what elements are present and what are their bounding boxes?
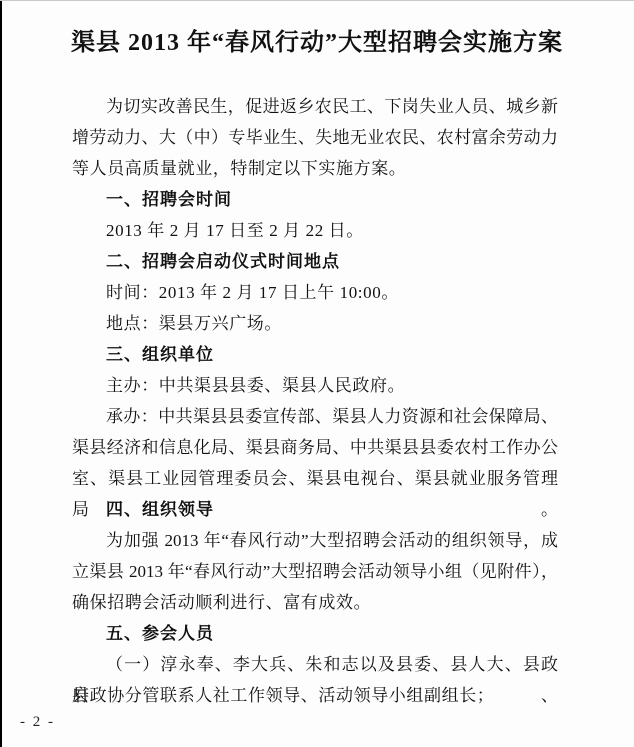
section-heading: 一、招聘会时间 [72,184,558,215]
section-heading: 五、参会人员 [72,618,558,649]
page-number: - 2 - [20,712,55,732]
text-line: 2013 年 2 月 17 日至 2 月 22 日。 [72,215,558,246]
section-heading: 二、招聘会启动仪式时间地点 [72,246,558,277]
text-line: 渠县经济和信息化局、渠县商务局、中共渠县县委农村工作办公 [72,432,558,463]
text-line: 县政协分管联系人社工作领导、活动领导小组副组长； [72,680,558,711]
document-title: 渠县 2013 年“春风行动”大型招聘会实施方案 [40,27,594,59]
text-line: 等人员高质量就业，特制定以下实施方案。 [72,153,558,184]
text-line: 承办：中共渠县县委宣传部、渠县人力资源和社会保障局、 [72,401,558,432]
text-line: 时间：2013 年 2 月 17 日上午 10:00。 [72,277,558,308]
text-line: 为切实改善民生，促进返乡农民工、下岗失业人员、城乡新 [72,91,558,122]
text-line: 主办：中共渠县县委、渠县人民政府。 [72,370,558,401]
section-heading: 三、组织单位 [72,339,558,370]
text-line: 立渠县 2013 年“春风行动”大型招聘会活动领导小组（见附件）， [72,556,558,587]
text-line: 地点：渠县万兴广场。 [72,308,558,339]
text-line: 为加强 2013 年“春风行动”大型招聘会活动的组织领导，成 [72,525,558,556]
document-page: 渠县 2013 年“春风行动”大型招聘会实施方案 为切实改善民生，促进返乡农民工… [0,0,634,747]
text-line: 增劳动力、大（中）专毕业生、失地无业农民、农村富余劳动力 [72,122,558,153]
scan-top-edge-artifact [0,0,634,1]
text-line: （一）淳永奉、李大兵、朱和志以及县委、县人大、县政府、 [72,649,558,680]
text-line: 确保招聘会活动顺利进行、富有成效。 [72,587,558,618]
document-body: 为切实改善民生，促进返乡农民工、下岗失业人员、城乡新增劳动力、大（中）专毕业生、… [72,91,558,711]
text-line: 室、渠县工业园管理委员会、渠县电视台、渠县就业服务管理局。 [72,463,558,494]
scan-edge-artifact [0,0,2,747]
